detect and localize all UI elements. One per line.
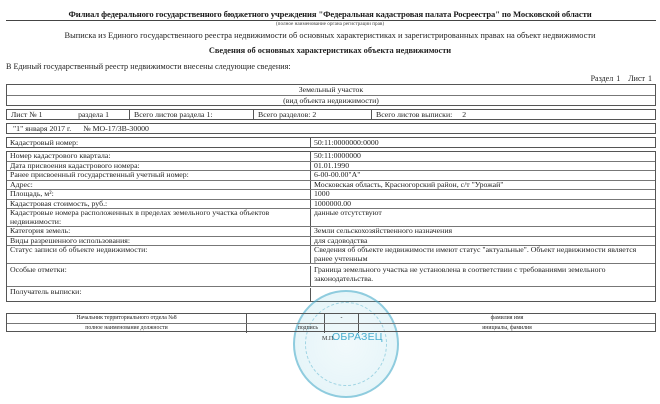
sheet-number: Лист № 1 [11, 110, 43, 119]
extract-date: "1" января 2017 г. [13, 124, 71, 133]
row-label: Площадь, м²: [7, 190, 311, 199]
sheet-number-cell: Лист № 1 раздела 1 [7, 110, 130, 119]
row-label: Получатель выписки: [7, 288, 311, 301]
row-value: 6-00-00.00"А" [311, 171, 655, 180]
name-caption: инициалы, фамилия [359, 324, 655, 333]
extract-number: № МО-17/ЗВ-30000 [83, 124, 149, 133]
table-row: Площадь, м²:1000 [7, 189, 655, 199]
sheets-info-row: Лист № 1 раздела 1 Всего листов раздела … [6, 109, 656, 120]
cadastral-number-label: Кадастровый номер: [7, 138, 311, 147]
row-value: Граница земельного участка не установлен… [311, 266, 655, 286]
cadastral-number-value: 50:11:0000000:0000 [311, 138, 379, 147]
total-sheets-extract: Всего листов выписки: [376, 110, 452, 119]
signature-row: Начальник территориального отдела №8 - ф… [7, 314, 655, 323]
signature-caption-row: полное наименование должности подпись ин… [7, 323, 655, 333]
section-ref: Раздел 1 [591, 74, 621, 83]
signature-mark: - [325, 314, 359, 323]
row-label: Номер кадастрового квартала: [7, 152, 311, 161]
table-row: Дата присвоения кадастрового номера:01.0… [7, 161, 655, 171]
table-row: Кадастровые номера расположенных в преде… [7, 208, 655, 226]
row-label: Статус записи об объекте недвижимости: [7, 246, 311, 263]
row-label: Категория земель: [7, 227, 311, 236]
row-label: Особые отметки: [7, 266, 311, 286]
total-sheets-extract-value: 2 [462, 110, 466, 119]
properties-table: Номер кадастрового квартала:50:11:000000… [6, 151, 656, 302]
row-label: Адрес: [7, 181, 311, 190]
row-value: данные отсутствуют [311, 209, 655, 226]
table-row: Номер кадастрового квартала:50:11:000000… [7, 152, 655, 161]
row-label: Виды разрешенного использования: [7, 237, 311, 246]
position-caption: полное наименование должности [7, 324, 247, 333]
object-type-value: Земельный участок [7, 85, 655, 95]
object-type-caption: (вид объекта недвижимости) [7, 95, 655, 106]
organization-heading: Филиал федерального государственного бюд… [0, 9, 660, 19]
table-row: Адрес:Московская область, Красногорский … [7, 180, 655, 190]
total-sheets-section: Всего листов раздела 1: [130, 110, 254, 119]
document-title: Выписка из Единого государственного реес… [0, 31, 660, 40]
row-value: 01.01.1990 [311, 162, 655, 171]
object-type-box: Земельный участок (вид объекта недвижимо… [6, 84, 656, 106]
row-value: Московская область, Красногорский район,… [311, 181, 655, 190]
cadastral-number-row: Кадастровый номер: 50:11:0000000:0000 [6, 137, 656, 148]
organization-caption: (полное наименование органа регистрации … [0, 21, 660, 27]
signer-position: Начальник территориального отдела №8 [7, 314, 247, 323]
section-title: Сведения об основных характеристиках объ… [0, 46, 660, 55]
intro-text: В Единый государственный реестр недвижим… [6, 62, 291, 71]
table-row: Виды разрешенного использования:для садо… [7, 236, 655, 246]
row-label: Дата присвоения кадастрового номера: [7, 162, 311, 171]
date-number-row: "1" января 2017 г. № МО-17/ЗВ-30000 [6, 123, 656, 134]
row-label: Кадастровая стоимость, руб.: [7, 200, 311, 209]
row-value: 50:11:0000000 [311, 152, 655, 161]
signer-name: фамилия имя [359, 314, 655, 323]
row-label: Кадастровые номера расположенных в преде… [7, 209, 311, 226]
stamp-text: ОБРАЗЕЦ [332, 331, 383, 343]
row-value: 1000000.00 [311, 200, 655, 209]
signature-field [247, 314, 325, 323]
signature-caption: подпись [247, 324, 325, 333]
row-value: Сведения об объекте недвижимости имеют с… [311, 246, 655, 263]
sheet-ref: Лист 1 [628, 74, 652, 83]
row-value: для садоводства [311, 237, 655, 246]
row-label: Ранее присвоенный государственный учетны… [7, 171, 311, 180]
table-row: Кадастровая стоимость, руб.:1000000.00 [7, 199, 655, 209]
table-row: Статус записи об объекте недвижимости:Св… [7, 245, 655, 263]
row-value: Земли сельскохозяйственного назначения [311, 227, 655, 236]
section-number: раздела 1 [78, 110, 109, 119]
table-row: Особые отметки:Граница земельного участк… [7, 263, 655, 286]
table-row: Ранее присвоенный государственный учетны… [7, 170, 655, 180]
total-sheets-extract-cell: Всего листов выписки: 2 [372, 110, 655, 119]
page-reference: Раздел 1Лист 1 [583, 74, 652, 83]
row-value: 1000 [311, 190, 655, 199]
table-row: Категория земель:Земли сельскохозяйствен… [7, 226, 655, 236]
signature-block: Начальник территориального отдела №8 - ф… [6, 313, 656, 332]
total-sections: Всего разделов: 2 [254, 110, 372, 119]
